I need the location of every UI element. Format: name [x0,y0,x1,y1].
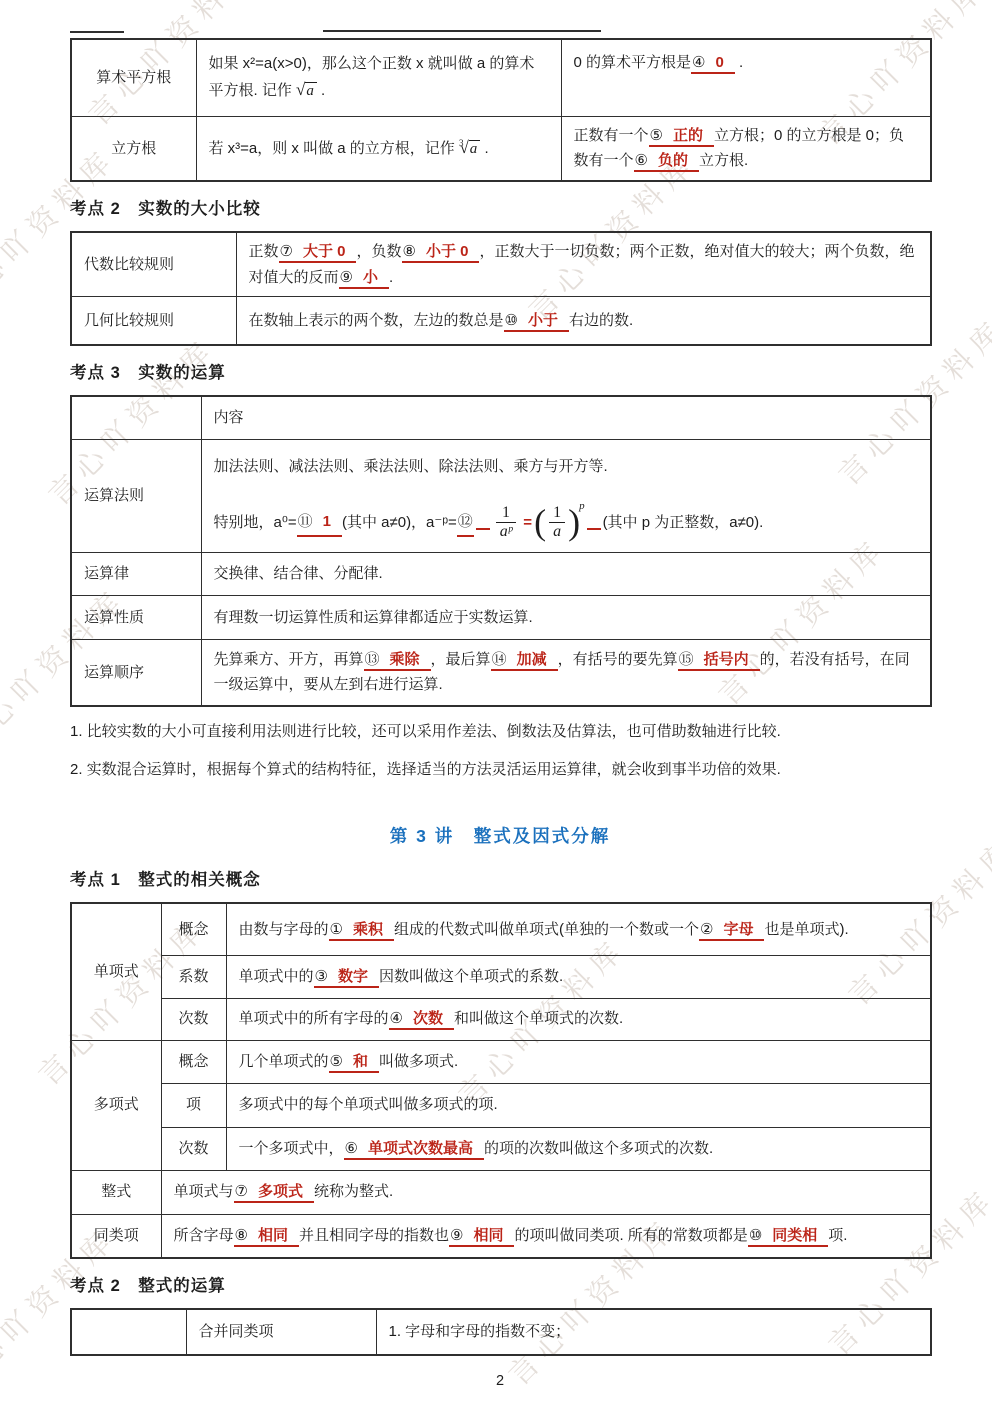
answer-text: 字母 [714,921,764,941]
content-cell: 加法法则、减法法则、乘法法则、除法法则、乘方与开方等. 特别地，a⁰= ⑪ 1 … [201,440,931,553]
table-row: 几何比较规则 在数轴上表示的两个数，左边的数总是⑩小于右边的数. [71,297,931,345]
header-cell: 内容 [201,396,931,440]
text: . [480,140,488,157]
table-row: 算术平方根 如果 x²=a(x>0)，那么这个正数 x 就叫做 a 的算术平方根… [71,39,931,116]
section-heading-kaodian2b: 考点 2 整式的运算 [70,1272,930,1296]
text: 统称为整式. [314,1183,393,1200]
answer-text: 0 [706,54,734,74]
answer-text: 大于 0 [294,243,357,263]
text: . [389,269,393,286]
blank-number: ⑩ [504,312,519,332]
content-cell: 多项式中的每个单项式叫做多项式的项. [226,1083,931,1127]
table-operations: 内容 运算法则 加法法则、减法法则、乘法法则、除法法则、乘方与开方等. 特别地，… [70,395,932,707]
text: 几个单项式的 [239,1053,329,1070]
term-cell: 立方根 [71,116,196,181]
label-cell: 次数 [161,998,226,1040]
answer-text: 乘除 [381,651,431,671]
content-cell: 一个多项式中，⑥单项式次数最高的项的次数叫做这个多项式的次数. [226,1127,931,1170]
label-cell: 次数 [161,1127,226,1170]
label-cell: 系数 [161,955,226,998]
text: 叫做多项式. [379,1053,458,1070]
blank-number: ④ [389,1010,404,1030]
term-cell: 多项式 [71,1040,161,1170]
text: 如果 x²=a(x>0)，那么这个正数 x 就叫做 a 的算术平方根. 记作 [209,55,535,100]
table-row: 立方根 若 x³=a，则 x 叫做 a 的立方根，记作 3√a . 正数有一个⑤… [71,116,931,181]
content-cell: 在数轴上表示的两个数，左边的数总是⑩小于右边的数. [236,297,931,345]
answer-text: 加减 [508,651,558,671]
table-row: 整式 单项式与⑦多项式统称为整式. [71,1170,931,1214]
answer-text: 正的 [664,127,714,147]
section-heading-kaodian2: 考点 2 实数的大小比较 [70,195,930,219]
text: 所含字母 [174,1227,234,1244]
table-operations-2: 合并同类项 1. 字母和字母的指数不变； [70,1308,932,1356]
operation-laws-text: 加法法则、减法法则、乘法法则、除法法则、乘方与开方等. [214,454,919,480]
answer-text: 负的 [649,152,699,172]
table-row: 系数 单项式中的③数字因数叫做这个单项式的系数. [71,955,931,998]
answer-text: 多项式 [249,1183,314,1203]
table-row: 多项式 概念 几个单项式的⑤和叫做多项式. [71,1040,931,1083]
table-row: 次数 单项式中的所有字母的④次数和叫做这个单项式的次数. [71,998,931,1040]
text: 单项式中的 [239,968,314,985]
document-page: 言心吖资料库 言心吖资料库 言心吖资料库 言心吖资料库 言心吖资料库 言心吖资料… [0,0,992,1403]
text: ，最后算 [431,651,491,668]
square-root: √a [296,83,317,99]
content-cell: 交换律、结合律、分配律. [201,553,931,596]
content-cell: 单项式与⑦多项式统称为整式. [161,1170,931,1214]
term-cell [71,396,201,440]
answer-text: 1 [314,509,342,538]
fraction-one-over-a: 1 a [549,504,565,542]
table-monomial-polynomial: 单项式 概念 由数与字母的①乘积组成的代数式叫做单项式(单独的一个数或一个②字母… [70,902,932,1259]
answer-text: 相同 [464,1227,514,1247]
text: 单项式与 [174,1183,234,1200]
text: 项. [828,1227,847,1244]
table-row: 运算顺序 先算乘方、开方，再算⑬乘除，最后算⑭加减，有括号的要先算⑮括号内的，若… [71,640,931,706]
text: 若 x³=a，则 x 叫做 a 的立方根，记作 [209,140,459,157]
fraction-numerator: 1 [549,504,565,522]
table-row: 同类项 所含字母⑧相同并且相同字母的指数也⑨相同的项叫做同类项. 所有的常数项都… [71,1214,931,1258]
text: 因数叫做这个单项式的系数. [379,968,563,985]
text: ，有括号的要先算 [558,651,678,668]
label-cell: 概念 [161,903,226,955]
text: 正数有一个 [574,127,649,144]
blank-number: ⑤ [329,1053,344,1073]
term-cell: 运算法则 [71,440,201,553]
content-cell: 先算乘方、开方，再算⑬乘除，最后算⑭加减，有括号的要先算⑮括号内的，若没有括号，… [201,640,931,706]
blank-number: ④ [691,54,706,74]
page-number: 2 [70,1373,930,1389]
text: 0 的算术平方根是 [574,54,692,71]
text: 在数轴上表示的两个数，左边的数总是 [249,312,504,329]
text: 多项式中的每个单项式叫做多项式的项. [239,1096,498,1113]
blank-number: ⑤ [649,127,664,147]
text: 先算乘方、开方，再算 [214,651,364,668]
text: 一个多项式中， [239,1140,344,1157]
content-cell: 几个单项式的⑤和叫做多项式. [226,1040,931,1083]
definition-cell: 如果 x²=a(x>0)，那么这个正数 x 就叫做 a 的算术平方根. 记作 √… [196,39,561,116]
blank-number: ⑧ [402,243,417,263]
blank-number: ⑦ [234,1183,249,1203]
answer-text: 相同 [249,1227,299,1247]
text: 的项叫做同类项. 所有的常数项都是 [514,1227,747,1244]
blank-number: ③ [314,968,329,988]
blank-number: ⑭ [491,651,508,671]
blank-number: ⑪ [297,509,314,538]
table-roots: 算术平方根 如果 x²=a(x>0)，那么这个正数 x 就叫做 a 的算术平方根… [70,38,932,182]
table-row: 代数比较规则 正数⑦大于 0，负数⑧小于 0，正数大于一切负数；两个正数，绝对值… [71,232,931,297]
table-row: 运算性质 有理数一切运算性质和运算律都适应于实数运算. [71,596,931,640]
table-row: 内容 [71,396,931,440]
special-formula: 特别地，a⁰= ⑪ 1 (其中 a≠0)，a⁻ᵖ= ⑫ 1 aᵖ = ( [214,504,919,542]
term-cell: 单项式 [71,903,161,1040]
content-cell: 单项式中的③数字因数叫做这个单项式的系数. [226,955,931,998]
table-row: 项 多项式中的每个单项式叫做多项式的项. [71,1083,931,1127]
blank-number: ⑨ [449,1227,464,1247]
empty-cell [71,1309,186,1355]
content-cell: 正数⑦大于 0，负数⑧小于 0，正数大于一切负数；两个正数，绝对值大的较大；两个… [236,232,931,297]
answer-text: 同类相 [763,1227,828,1247]
exponent-p: p [579,497,585,516]
equals-sign: = [523,510,532,536]
term-cell: 同类项 [71,1214,161,1258]
term-cell: 算术平方根 [71,39,196,116]
text: ，负数 [356,243,401,260]
answer-underline [587,516,601,530]
text: 单项式中的所有字母的 [239,1010,389,1027]
section-heading-kaodian3: 考点 3 实数的运算 [70,359,930,383]
text: 并且相同字母的指数也 [299,1227,449,1244]
blank-number: ⑮ [678,651,695,671]
term-cell: 运算律 [71,553,201,596]
blank-number: ⑦ [279,243,294,263]
fraction-denominator: a [549,522,565,541]
text: . [317,82,325,99]
table-row: 次数 一个多项式中，⑥单项式次数最高的项的次数叫做这个多项式的次数. [71,1127,931,1170]
blank-number: ⑧ [234,1227,249,1247]
table-row: 合并同类项 1. 字母和字母的指数不变； [71,1309,931,1355]
blank-number: ⑫ [457,509,474,538]
table-row: 单项式 概念 由数与字母的①乘积组成的代数式叫做单项式(单独的一个数或一个②字母… [71,903,931,955]
text: 和叫做这个单项式的次数. [454,1010,623,1027]
blank-number: ⑥ [634,152,649,172]
fraction-numerator: 1 [498,504,514,522]
answer-text: 小于 [519,312,569,332]
answer-text: 次数 [404,1010,454,1030]
table-comparison: 代数比较规则 正数⑦大于 0，负数⑧小于 0，正数大于一切负数；两个正数，绝对值… [70,231,932,346]
content-cell: 所含字母⑧相同并且相同字母的指数也⑨相同的项叫做同类项. 所有的常数项都是⑩同类… [161,1214,931,1258]
blank-number: ② [699,921,714,941]
content-cell: 由数与字母的①乘积组成的代数式叫做单项式(单独的一个数或一个②字母也是单项式). [226,903,931,955]
note-cell: 正数有一个⑤正的立方根；0 的立方根是 0；负数有一个⑥负的立方根. [561,116,931,181]
blank-number: ⑨ [339,269,354,289]
definition-cell: 若 x³=a，则 x 叫做 a 的立方根，记作 3√a . [196,116,561,181]
answer-text: 乘积 [344,921,394,941]
fraction-one-over-a-p: 1 aᵖ [496,504,517,542]
answer-text: 括号内 [695,651,760,671]
label-cell: 概念 [161,1040,226,1083]
formula-text: 特别地，a⁰= [214,510,297,536]
term-cell: 代数比较规则 [71,232,236,297]
text: 由数与字母的 [239,921,329,938]
text: 的项的次数叫做这个多项式的次数. [484,1140,713,1157]
formula-text: (其中 p 为正整数，a≠0). [603,510,764,536]
cube-root: 3√a [459,141,480,157]
text: 正数 [249,243,279,260]
content-cell: 1. 字母和字母的指数不变； [376,1309,931,1355]
label-cell: 项 [161,1083,226,1127]
blank-number: ① [329,921,344,941]
answer-text: 小 [354,269,389,289]
content-cell: 单项式中的所有字母的④次数和叫做这个单项式的次数. [226,998,931,1040]
text: 也是单项式). [764,921,848,938]
answer-text: 数字 [329,968,379,988]
left-paren: ( [534,508,546,537]
lecture-heading: 第 3 讲 整式及因式分解 [70,823,930,848]
term-cell: 合并同类项 [186,1309,376,1355]
blank-number: ⑥ [344,1140,359,1160]
blank-number: ⑬ [364,651,381,671]
answer-text: 单项式次数最高 [359,1140,484,1160]
formula-text: (其中 a≠0)，a⁻ᵖ= [342,510,457,536]
content-cell: 有理数一切运算性质和运算律都适应于实数运算. [201,596,931,640]
section-heading-kaodian1b: 考点 1 整式的相关概念 [70,866,930,890]
text: 立方根. [699,152,748,169]
term-cell: 运算性质 [71,596,201,640]
term-cell: 整式 [71,1170,161,1214]
term-cell: 几何比较规则 [71,297,236,345]
note-cell: 0 的算术平方根是④0 . [561,39,931,116]
term-cell: 运算顺序 [71,640,201,706]
table-row: 运算法则 加法法则、减法法则、乘法法则、除法法则、乘方与开方等. 特别地，a⁰=… [71,440,931,553]
answer-text: 小于 0 [417,243,480,263]
answer-underline [476,516,490,530]
text: . [735,54,743,71]
note-line-2: 2. 实数混合运算时，根据每个算式的结构特征，选择适当的方法灵活运用运算律，就会… [70,757,930,783]
answer-text: 和 [344,1053,379,1073]
fraction-denominator: aᵖ [496,522,517,541]
text: 组成的代数式叫做单项式(单独的一个数或一个 [394,921,699,938]
table-row: 运算律 交换律、结合律、分配律. [71,553,931,596]
text: 右边的数. [569,312,633,329]
blank-number: ⑩ [748,1227,763,1247]
note-line-1: 1. 比较实数的大小可直接利用法则进行比较，还可以采用作差法、倒数法及估算法，也… [70,719,930,745]
